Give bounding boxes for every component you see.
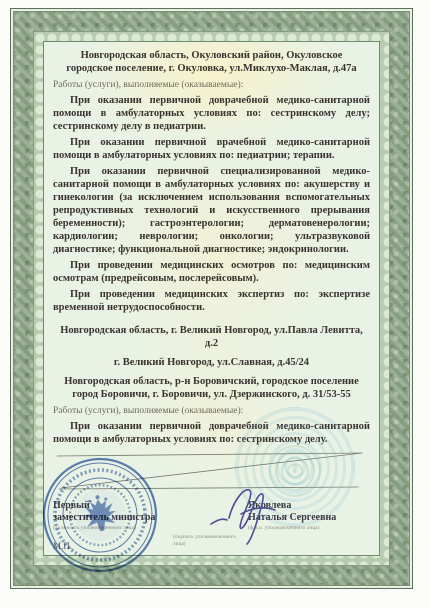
service-paragraph: При проведении медицинских осмотров по: … xyxy=(53,259,370,285)
site4-address: Новгородская область, р-н Боровичский, г… xyxy=(59,375,364,401)
service-paragraph: При оказании первичной доврачебной медик… xyxy=(53,94,370,133)
service-paragraph: При проведении медицинских экспертиз по:… xyxy=(53,288,370,314)
license-annex-page: Новгородская область, Окуловский район, … xyxy=(0,0,430,608)
site2-address: Новгородская область, г. Великий Новгоро… xyxy=(59,324,364,350)
site3-address: г. Великий Новгород, ул.Славная, д.45/24 xyxy=(59,356,364,369)
service-paragraph: При оказании первичной специализированно… xyxy=(53,165,370,256)
site1-address: Новгородская область, Окуловский район, … xyxy=(57,49,366,75)
service-paragraph: При оказании первичной врачебной медико-… xyxy=(53,136,370,162)
works-label-1: Работы (услуги), выполняемые (оказываемы… xyxy=(53,79,370,91)
ministry-seal-stamp-icon xyxy=(32,447,168,583)
signature-caption: (подпись уполномоченного лица) xyxy=(173,534,248,548)
signature-area: (подпись уполномоченного лица) xyxy=(173,500,248,556)
